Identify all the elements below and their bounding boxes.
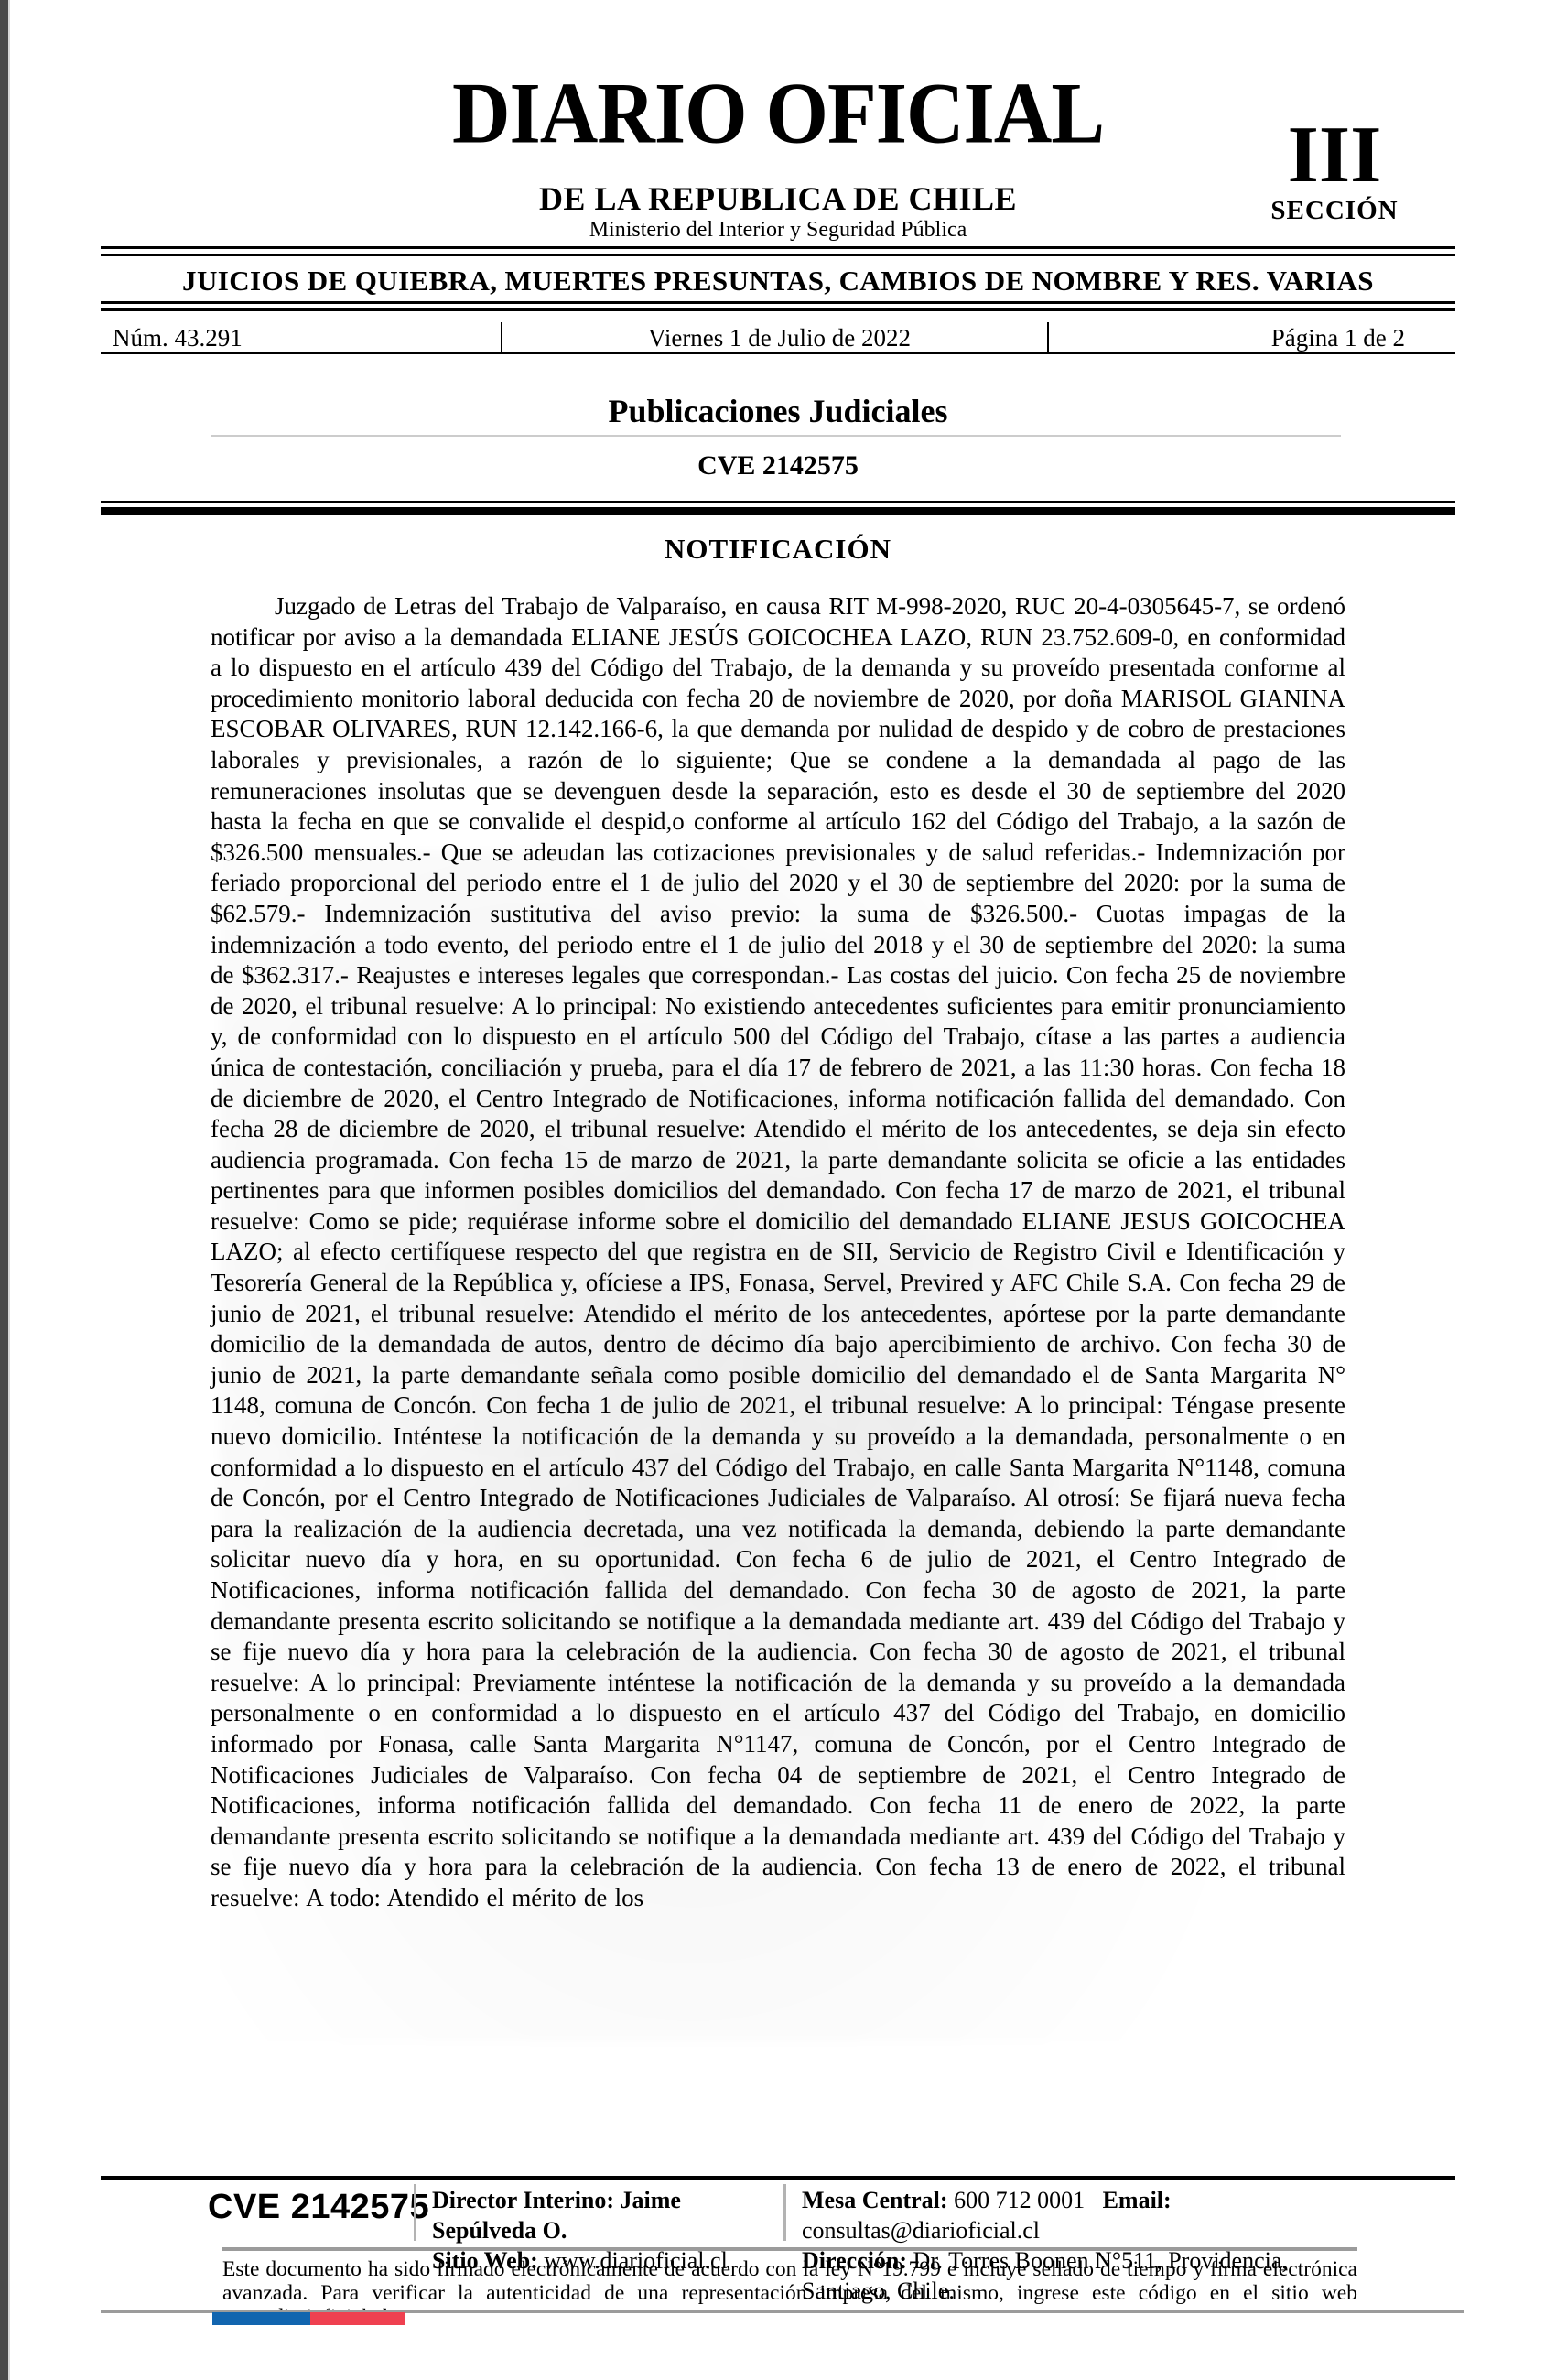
footer-gray-rule xyxy=(222,2247,1357,2251)
header-double-rule-top-a xyxy=(101,246,1455,249)
category-line: JUICIOS DE QUIEBRA, MUERTES PRESUNTAS, C… xyxy=(101,265,1455,297)
footer-director-line: Director Interino: Jaime Sepúlveda O. xyxy=(432,2185,780,2245)
notice-separator-heavy-rule xyxy=(101,507,1455,515)
header-double-rule-top-b xyxy=(101,254,1455,256)
email-label: Email: xyxy=(1103,2187,1172,2213)
header-double-rule-bottom-a xyxy=(101,301,1455,304)
email-value: consultas@diarioficial.cl xyxy=(802,2217,1040,2244)
issue-date: Viernes 1 de Julio de 2022 xyxy=(113,324,1446,352)
section-word: SECCIÓN xyxy=(1216,196,1453,226)
header-double-rule-bottom-b xyxy=(101,308,1455,311)
meta-row-rule xyxy=(101,352,1455,354)
mesa-label: Mesa Central: xyxy=(802,2187,948,2213)
section-roman-numeral: III xyxy=(1216,117,1453,194)
footer-cve-code: CVE 2142575 xyxy=(208,2188,429,2227)
diario-oficial-page: DIARIO OFICIAL DE LA REPUBLICA DE CHILE … xyxy=(0,0,1556,2380)
footer-divider xyxy=(414,2184,416,2241)
notice-title: NOTIFICACIÓN xyxy=(101,533,1455,566)
mesa-value: 600 712 0001 xyxy=(954,2187,1085,2213)
judicial-publications-heading: Publicaciones Judiciales xyxy=(0,392,1556,430)
cve-heading: CVE 2142575 xyxy=(0,450,1556,481)
gobierno-flag-red-bar xyxy=(310,2312,405,2325)
meta-divider xyxy=(1047,322,1049,352)
section-indicator: III SECCIÓN xyxy=(1216,117,1453,226)
footer-top-rule xyxy=(101,2176,1455,2180)
director-label: Director Interino: xyxy=(432,2187,614,2213)
legal-line-1: Este documento ha sido firmado electróni… xyxy=(222,2257,1357,2281)
notice-separator-thin-rule xyxy=(101,501,1455,503)
page-indicator: Página 1 de 2 xyxy=(1271,324,1405,352)
page-left-edge-highlight xyxy=(8,0,10,2380)
meta-divider xyxy=(501,322,502,352)
notice-body-paragraph: Juzgado de Letras del Trabajo de Valpara… xyxy=(211,591,1345,1914)
gobierno-flag-blue-bar xyxy=(212,2312,310,2325)
footer-divider xyxy=(783,2184,786,2241)
footer-contact-line: Mesa Central: 600 712 0001 Email: consul… xyxy=(802,2185,1369,2245)
page-left-edge-strip xyxy=(0,0,8,2380)
judicial-heading-rule xyxy=(211,435,1341,437)
